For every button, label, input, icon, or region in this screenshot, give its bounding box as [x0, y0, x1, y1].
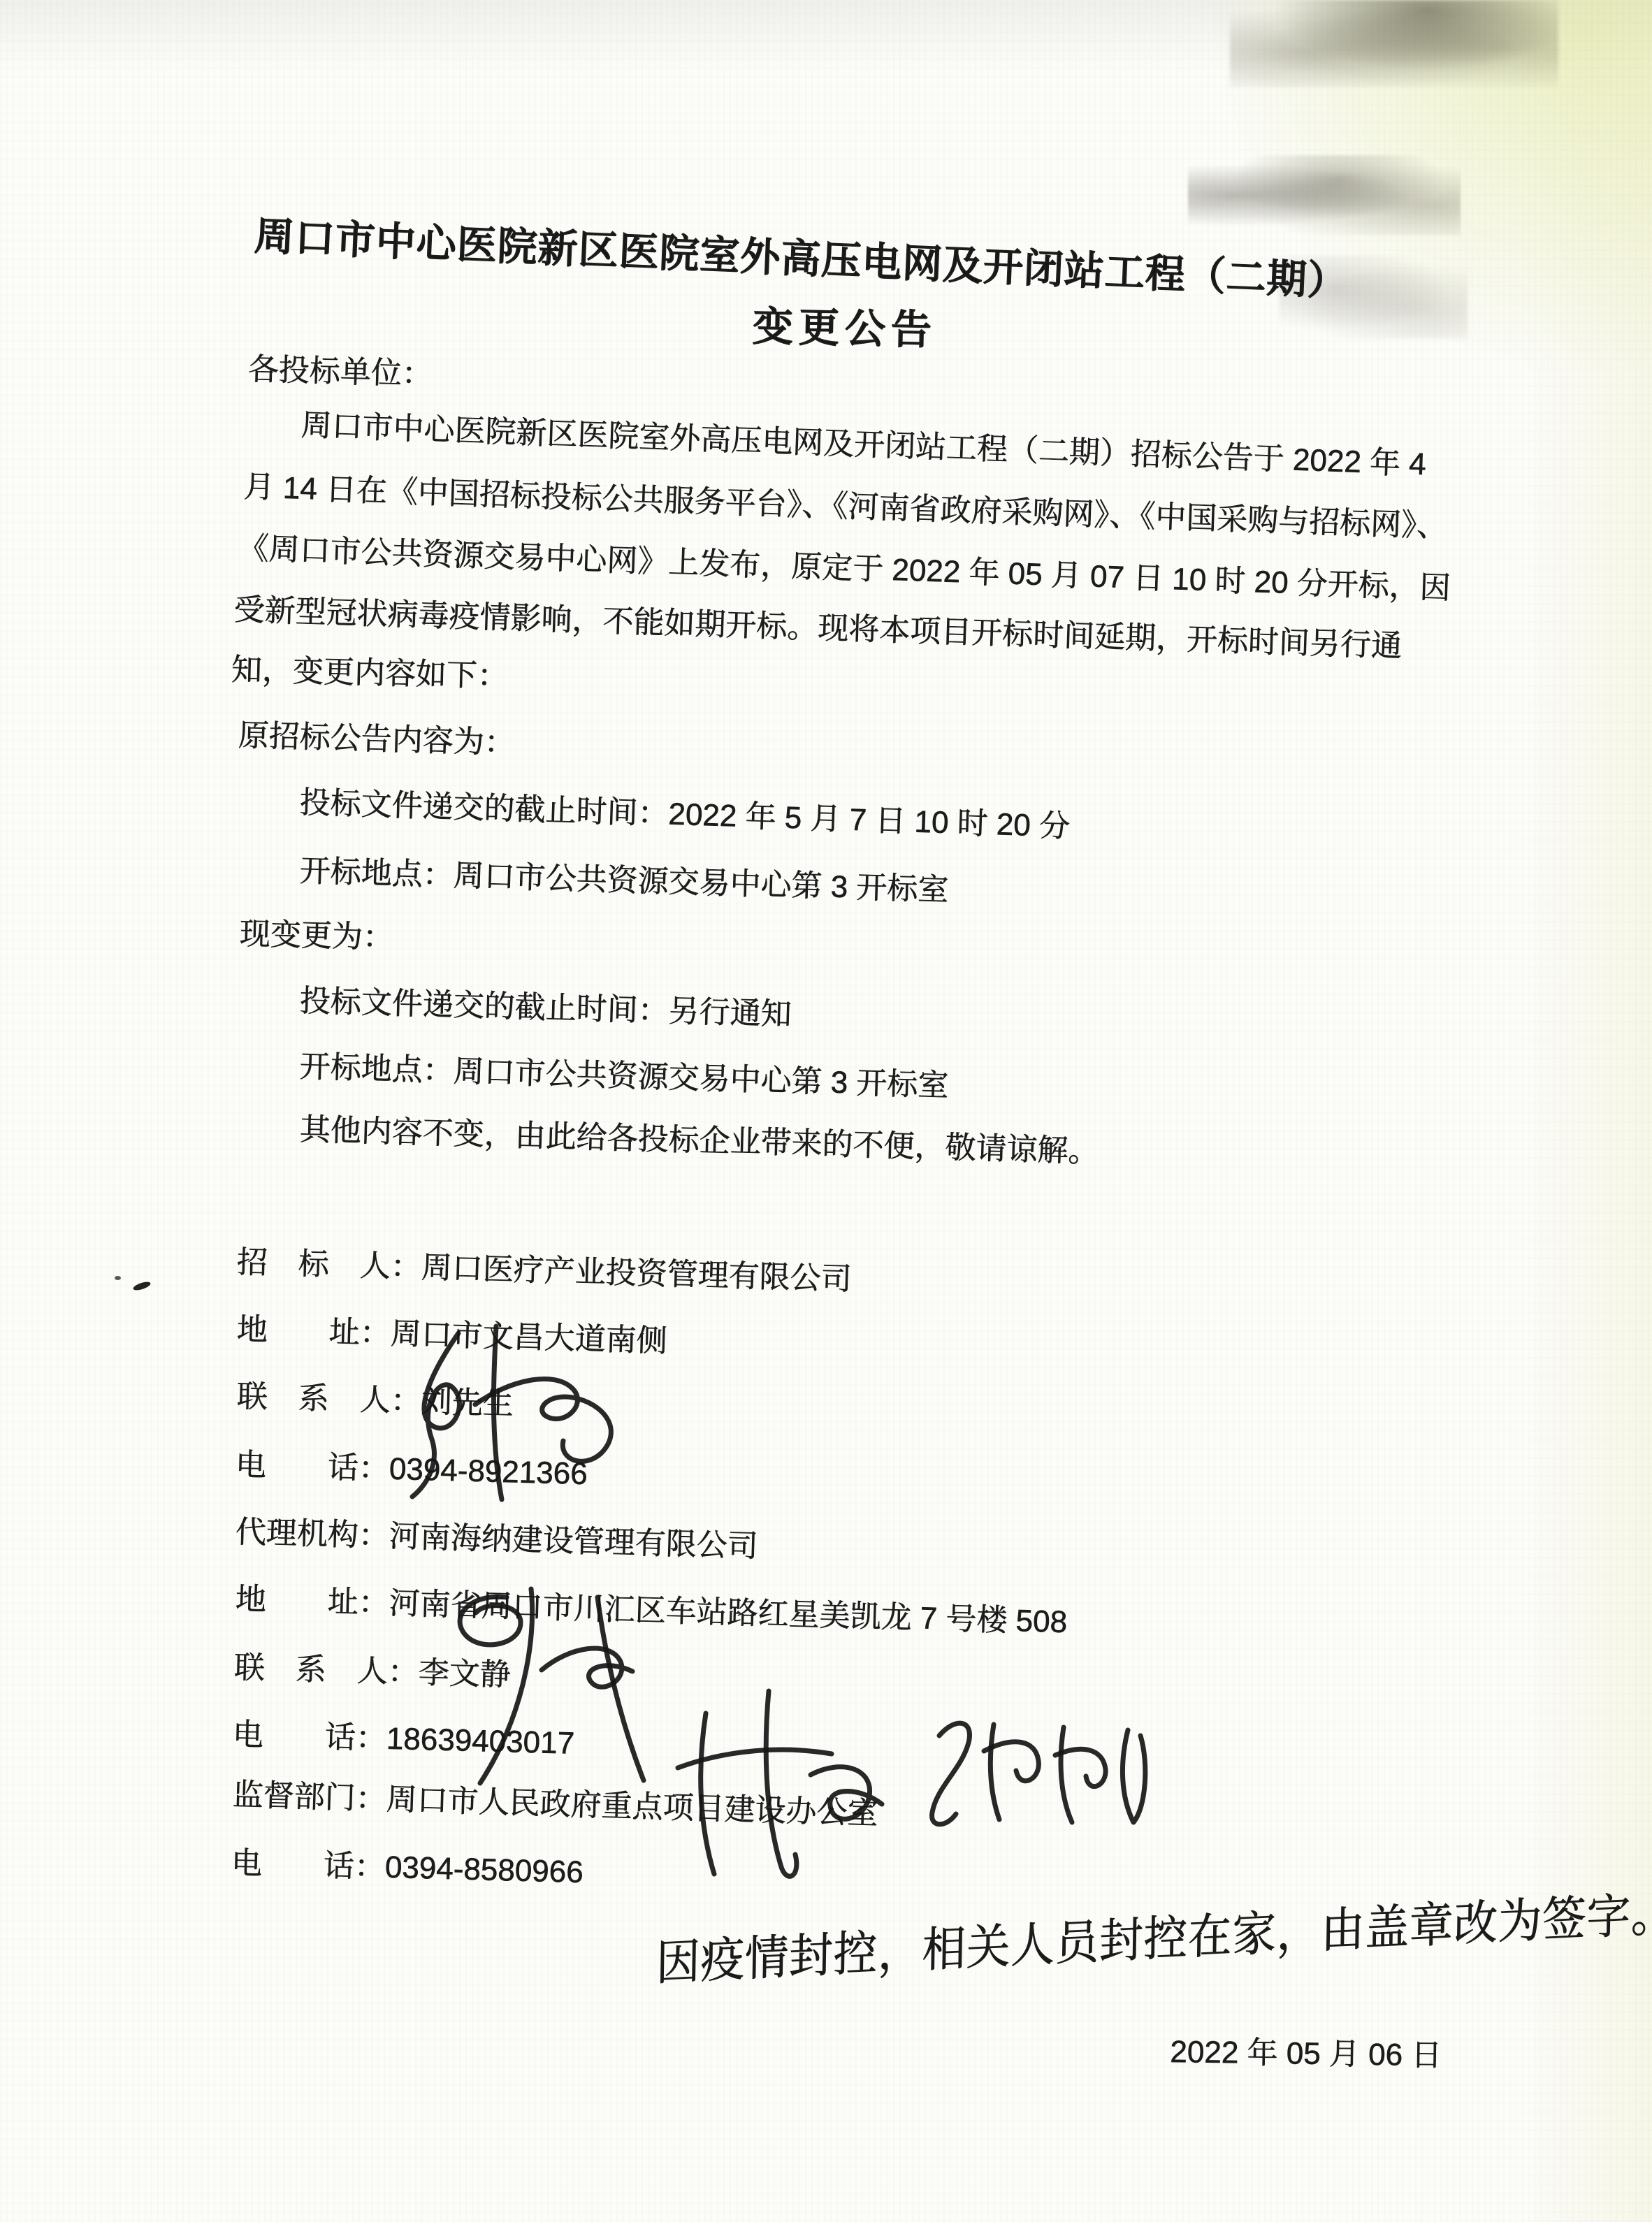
changed-content-heading: 现变更为： [239, 908, 394, 957]
signature-supervisor-overlap [664, 1677, 894, 1887]
original-deadline-line: 投标文件递交的截止时间：2022 年 5 月 7 日 10 时 20 分 [299, 777, 1071, 846]
document-date: 2022 年 05 月 06 日 [1170, 2026, 1442, 2075]
original-venue-line: 开标地点：周口市公共资源交易中心第 3 开标室 [299, 845, 949, 910]
changed-venue-line: 开标地点：周口市公共资源交易中心第 3 开标室 [299, 1041, 949, 1105]
original-content-heading: 原招标公告内容为： [238, 710, 516, 762]
apology-line: 其他内容不变，由此给各投标企业带来的不便，敬请谅解。 [299, 1104, 1099, 1171]
signature-tenderer-contact [391, 1321, 657, 1502]
document-subtitle: 变更公告 [752, 293, 938, 356]
scan-smudge-mid [1188, 155, 1461, 235]
handwritten-note: 因疫情封控，相关人员封控在家，由盖章改为签字。 [656, 1876, 1652, 1994]
changed-deadline-line: 投标文件递交的截止时间：另行通知 [299, 975, 792, 1034]
ink-mark [132, 1280, 152, 1292]
ink-dot [115, 1276, 121, 1280]
signature-agency-contact [402, 1579, 702, 1789]
document-title: 周口市中心医院新区医院室外高压电网及开闭站工程（二期） [254, 204, 1349, 307]
agency-line: 代理机构：河南海纳建设管理有限公司 [235, 1506, 758, 1566]
scan-smudge-top [1230, 0, 1558, 87]
tenderer-line: 招 标 人：周口医疗产业投资管理有限公司 [236, 1237, 852, 1299]
body-line: 知，变更内容如下： [231, 644, 508, 696]
supervisor-phone-line: 电 话：0394-8580966 [231, 1838, 584, 1891]
signature-supervisor-right [915, 1705, 1153, 1838]
salutation: 各投标单位： [247, 344, 433, 393]
scanned-document-page: 周口市中心医院新区医院室外高压电网及开闭站工程（二期） 变更公告 各投标单位： … [0, 0, 1652, 2222]
